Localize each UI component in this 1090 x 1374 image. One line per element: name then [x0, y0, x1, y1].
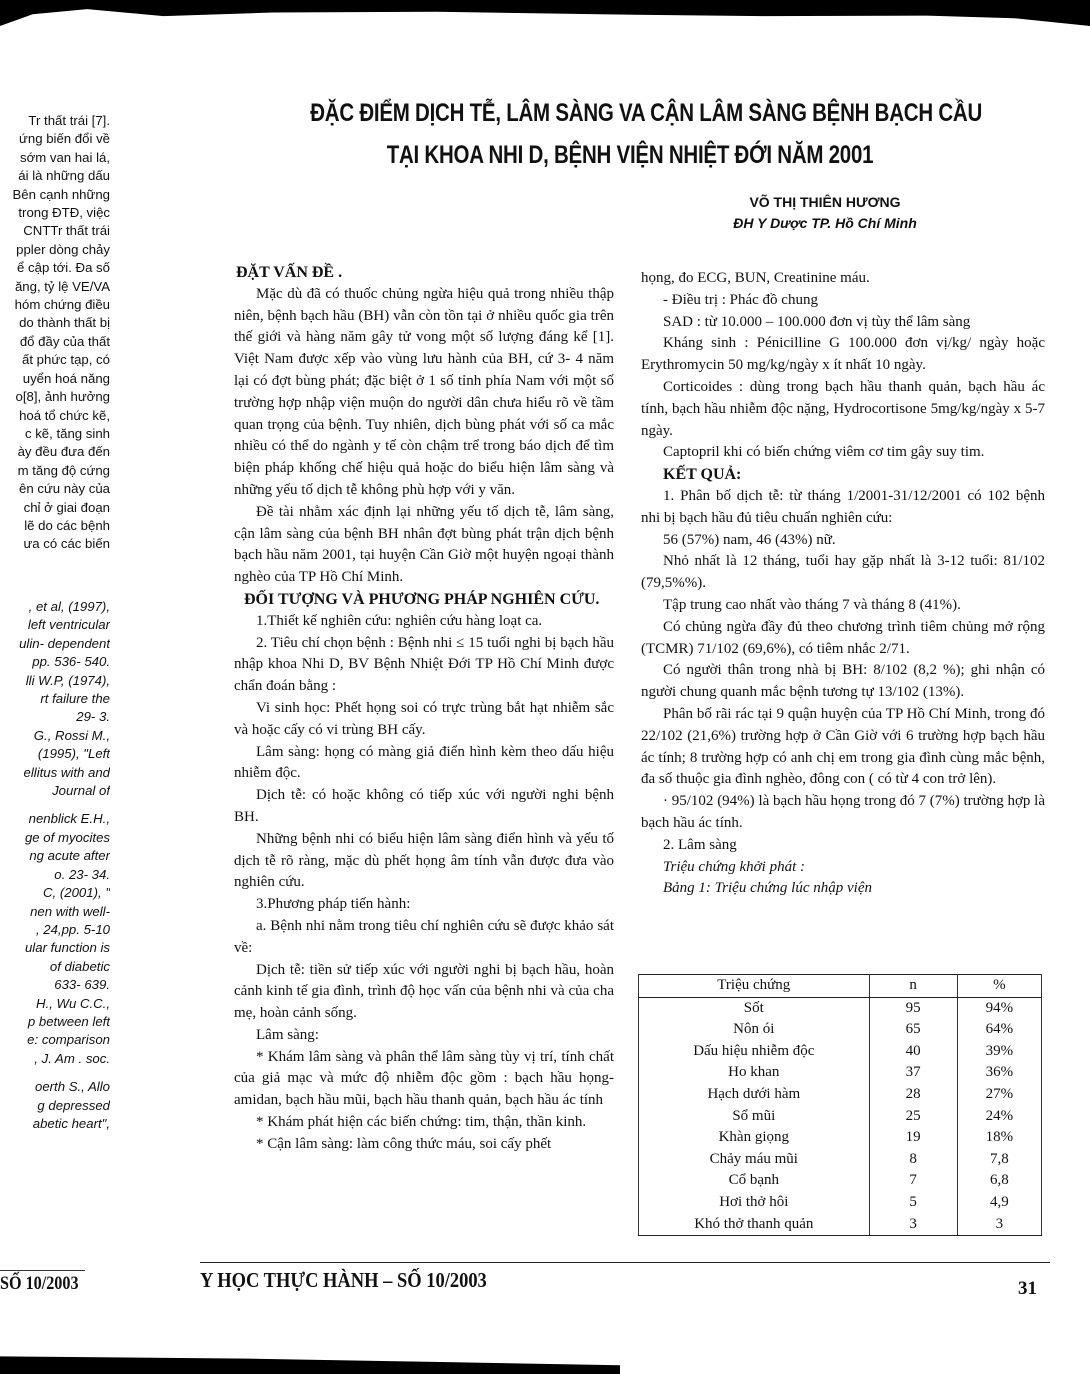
symptom-cell: Sổ mũi [639, 1106, 870, 1128]
results-pharyngeal: · 95/102 (94%) là bạch hầu họng trong đó… [641, 791, 1045, 835]
methods-inclusion-note: Những bệnh nhi có biểu hiện lâm sàng điể… [234, 829, 614, 894]
previous-page-line: ưa có các biến [0, 535, 110, 553]
reference-line: H., Wu C.C., [0, 995, 110, 1013]
results-clinical-heading: 2. Lâm sàng [641, 835, 1045, 857]
count-cell: 19 [869, 1127, 957, 1149]
heading-introduction: ĐẶT VẤN ĐỀ . [236, 262, 614, 284]
previous-page-line: Bên cạnh những [0, 186, 110, 204]
previous-page-line: ăng, tỷ lệ VE/VA [0, 278, 110, 296]
methods-procedure-heading: 3.Phương pháp tiến hành: [234, 894, 614, 916]
reference-line: G., Rossi M., [0, 727, 110, 745]
treatment-heading: - Điều trị : Phác đồ chung [641, 290, 1045, 312]
reference-line: lli W.P, (1974), [0, 672, 110, 690]
reference-line: ng acute after [0, 847, 110, 865]
previous-page-line: sớm van hai lá, [0, 149, 110, 167]
reference-line: ge of myocites [0, 829, 110, 847]
symptom-cell: Dấu hiệu nhiễm độc [639, 1041, 870, 1063]
reference-line: g depressed [0, 1097, 110, 1115]
count-cell: 95 [869, 997, 957, 1019]
journal-footer: Y HỌC THỰC HÀNH – SỐ 10/2003 [200, 1268, 487, 1293]
methods-clinical: Lâm sàng: họng có màng giả điển hình kèm… [234, 742, 614, 786]
reference-line: abetic heart", [0, 1115, 110, 1133]
count-cell: 7 [869, 1170, 957, 1192]
page-number: 31 [1018, 1278, 1037, 1300]
percent-cell: 64% [957, 1019, 1041, 1041]
heading-methods: ĐỐI TƯỢNG VÀ PHƯƠNG PHÁP NGHIÊN CỨU. [234, 589, 614, 611]
previous-page-line: ứng biến đổi về [0, 130, 110, 148]
symptom-cell: Hơi thở hôi [639, 1192, 870, 1214]
previous-page-line: ái là những dấu [0, 167, 110, 185]
count-cell: 28 [869, 1084, 957, 1106]
symptom-cell: Hạch dưới hàm [639, 1084, 870, 1106]
reference-line: oerth S., Allo [0, 1078, 110, 1096]
reference-line: ular function is [0, 939, 110, 957]
previous-page-body-text: Tr thất trái [7].ứng biến đổi vềsớm van … [0, 112, 110, 554]
symptom-cell: Khó thở thanh quản [639, 1214, 870, 1236]
previous-page-line: c kẽ, tăng sinh [0, 425, 110, 443]
footer-divider [200, 1262, 1050, 1263]
reference-line [0, 800, 110, 810]
scan-edge-top [0, 0, 1090, 26]
symptom-cell: Cổ bạnh [639, 1170, 870, 1192]
symptom-cell: Nôn ói [639, 1019, 870, 1041]
table-row: Chảy máu mũi87,8 [639, 1149, 1042, 1171]
previous-page-line: Tr thất trái [7]. [0, 112, 110, 130]
previous-page-line: lẽ do các bệnh [0, 517, 110, 535]
count-cell: 25 [869, 1106, 957, 1128]
paraclinical-continued: họng, đo ECG, BUN, Creatinine máu. [641, 268, 1045, 290]
treatment-corticoids: Corticoides : dùng trong bạch hầu thanh … [641, 377, 1045, 442]
previous-page-line: do thành thất bị [0, 314, 110, 332]
symptom-cell: Chảy máu mũi [639, 1149, 870, 1171]
table-row: Khàn giọng1918% [639, 1127, 1042, 1149]
reference-line: nen with well- [0, 903, 110, 921]
results-onset-symptoms: Triệu chứng khởi phát : [641, 857, 1045, 879]
reference-line: o. 23- 34. [0, 866, 110, 884]
percent-cell: 39% [957, 1041, 1041, 1063]
previous-page-line: m tăng độ cứng [0, 462, 110, 480]
methods-criteria: 2. Tiêu chí chọn bệnh : Bệnh nhi ≤ 15 tu… [234, 633, 614, 698]
reference-line: 633- 639. [0, 976, 110, 994]
percent-cell: 3 [957, 1214, 1041, 1236]
methods-clinical-exam: * Khám lâm sàng và phân thể lâm sàng tùy… [234, 1047, 614, 1112]
reference-line: , 24,pp. 5-10 [0, 921, 110, 939]
previous-page-line: trong ĐTĐ, việc [0, 204, 110, 222]
treatment-sad: SAD : từ 10.000 – 100.000 đơn vị tùy thể… [641, 312, 1045, 334]
intro-paragraph-1: Mặc dù đã có thuốc chủng ngừa hiệu quả t… [234, 284, 614, 502]
count-cell: 5 [869, 1192, 957, 1214]
header-n: n [869, 975, 957, 998]
previous-page-line: ên cứu này của [0, 480, 110, 498]
percent-cell: 7,8 [957, 1149, 1041, 1171]
reference-line: of diabetic [0, 958, 110, 976]
reference-line: pp. 536- 540. [0, 653, 110, 671]
heading-results: KẾT QUẢ: [641, 464, 1045, 486]
previous-page-line: uyển hoá năng [0, 370, 110, 388]
scan-edge-bottom [0, 1352, 620, 1374]
reference-line: p between left [0, 1013, 110, 1031]
treatment-antibiotics: Kháng sinh : Pénicilline G 100.000 đơn v… [641, 333, 1045, 377]
previous-page-line: ất phức tạp, có [0, 351, 110, 369]
results-epidemiology: 1. Phân bố dịch tễ: từ tháng 1/2001-31/1… [641, 486, 1045, 530]
methods-procedure-a: a. Bệnh nhi nằm trong tiêu chí nghiên cứ… [234, 916, 614, 960]
results-age: Nhỏ nhất là 12 tháng, tuổi hay gặp nhất … [641, 551, 1045, 595]
count-cell: 37 [869, 1062, 957, 1084]
methods-design: 1.Thiết kế nghiên cứu: nghiên cứu hàng l… [234, 611, 614, 633]
percent-cell: 18% [957, 1127, 1041, 1149]
percent-cell: 6,8 [957, 1170, 1041, 1192]
author-affiliation: ĐH Y Dược TP. Hồ Chí Minh [700, 213, 950, 234]
author-block: VÕ THỊ THIÊN HƯƠNG ĐH Y Dược TP. Hồ Chí … [700, 192, 950, 234]
treatment-captopril: Captopril khi có biến chứng viêm cơ tim … [641, 442, 1045, 464]
reference-line: rt failure the [0, 690, 110, 708]
article-title-line-1: ĐẶC ĐIỂM DỊCH TỄ, LÂM SÀNG VA CẬN LÂM SÀ… [310, 92, 950, 134]
previous-page-line: đổ đầy của thất [0, 333, 110, 351]
percent-cell: 94% [957, 997, 1041, 1019]
table-row: Sổ mũi2524% [639, 1106, 1042, 1128]
results-contacts: Có người thân trong nhà bị BH: 8/102 (8,… [641, 660, 1045, 704]
methods-complications: * Khám phát hiện các biến chứng: tim, th… [234, 1112, 614, 1134]
percent-cell: 4,9 [957, 1192, 1041, 1214]
reference-line: Journal of [0, 782, 110, 800]
right-column: họng, đo ECG, BUN, Creatinine máu. - Điề… [641, 268, 1045, 900]
reference-line: , J. Am . soc. [0, 1050, 110, 1068]
results-season: Tập trung cao nhất vào tháng 7 và tháng … [641, 595, 1045, 617]
previous-page-line: ppler dòng chảy [0, 241, 110, 259]
table-row: Sốt9594% [639, 997, 1042, 1019]
table-row: Cổ bạnh76,8 [639, 1170, 1042, 1192]
count-cell: 3 [869, 1214, 957, 1236]
header-symptom: Triệu chứng [639, 975, 870, 998]
author-name: VÕ THỊ THIÊN HƯƠNG [700, 192, 950, 213]
table-row: Ho khan3736% [639, 1062, 1042, 1084]
reference-line: C, (2001), " [0, 884, 110, 902]
methods-paraclinical: * Cận lâm sàng: làm công thức máu, soi c… [234, 1134, 614, 1156]
reference-line [0, 1068, 110, 1078]
reference-line: left ventricular [0, 616, 110, 634]
table-row: Hơi thở hôi54,9 [639, 1192, 1042, 1214]
percent-cell: 24% [957, 1106, 1041, 1128]
previous-page-line: hoá tổ chức kẽ, [0, 407, 110, 425]
symptom-cell: Sốt [639, 997, 870, 1019]
article-title: ĐẶC ĐIỂM DỊCH TỄ, LÂM SÀNG VA CẬN LÂM SÀ… [310, 92, 950, 176]
results-vaccination: Có chủng ngừa đầy đủ theo chương trình t… [641, 617, 1045, 661]
table-header-row: Triệu chứng n % [639, 975, 1042, 998]
percent-cell: 36% [957, 1062, 1041, 1084]
results-sex: 56 (57%) nam, 46 (43%) nữ. [641, 530, 1045, 552]
reference-line: ulin- dependent [0, 635, 110, 653]
reference-line: 29- 3. [0, 708, 110, 726]
reference-line: (1995), "Left [0, 745, 110, 763]
intro-paragraph-2: Đề tài nhằm xác định lại những yếu tố dị… [234, 502, 614, 589]
symptoms-table: Triệu chứng n % Sốt9594%Nôn ói6564%Dấu h… [638, 974, 1042, 1236]
previous-page-footer: SỐ 10/2003 [0, 1270, 85, 1295]
reference-line: nenblick E.H., [0, 810, 110, 828]
header-percent: % [957, 975, 1041, 998]
previous-page-line: ày đều đưa đến [0, 443, 110, 461]
reference-line: , et al, (1997), [0, 598, 110, 616]
reference-line: e: comparison [0, 1031, 110, 1049]
previous-page-references: , et al, (1997),left ventricularulin- de… [0, 598, 110, 1133]
previous-page-line: chỉ ở giai đoạn [0, 499, 110, 517]
table-row: Hạch dưới hàm2827% [639, 1084, 1042, 1106]
previous-page-line: o[8], ảnh hưởng [0, 388, 110, 406]
count-cell: 40 [869, 1041, 957, 1063]
methods-epidemiology: Dịch tễ: có hoặc không có tiếp xúc với n… [234, 785, 614, 829]
methods-clinical-heading: Lâm sàng: [234, 1025, 614, 1047]
results-distribution: Phân bố rãi rác tại 9 quận huyện của TP … [641, 704, 1045, 791]
symptom-cell: Ho khan [639, 1062, 870, 1084]
table-row: Khó thở thanh quản33 [639, 1214, 1042, 1236]
middle-column: ĐẶT VẤN ĐỀ . Mặc dù đã có thuốc chủng ng… [234, 262, 614, 1156]
percent-cell: 27% [957, 1084, 1041, 1106]
symptom-cell: Khàn giọng [639, 1127, 870, 1149]
table-row: Dấu hiệu nhiễm độc4039% [639, 1041, 1042, 1063]
previous-page-line: hóm chứng điều [0, 296, 110, 314]
previous-page-line: CNTTr thất trái [0, 222, 110, 240]
count-cell: 65 [869, 1019, 957, 1041]
table-caption: Bảng 1: Triệu chứng lúc nhập viện [641, 878, 1045, 900]
table-row: Nôn ói6564% [639, 1019, 1042, 1041]
article-title-line-2: TẠI KHOA NHI D, BỆNH VIỆN NHIỆT ĐỚI NĂM … [310, 134, 950, 176]
reference-line: ellitus with and [0, 764, 110, 782]
methods-microbiology: Vi sinh học: Phết họng soi có trực trùng… [234, 698, 614, 742]
previous-page-line: ể cập tới. Đa số [0, 259, 110, 277]
methods-epi-survey: Dịch tễ: tiền sử tiếp xúc với người nghi… [234, 960, 614, 1025]
count-cell: 8 [869, 1149, 957, 1171]
